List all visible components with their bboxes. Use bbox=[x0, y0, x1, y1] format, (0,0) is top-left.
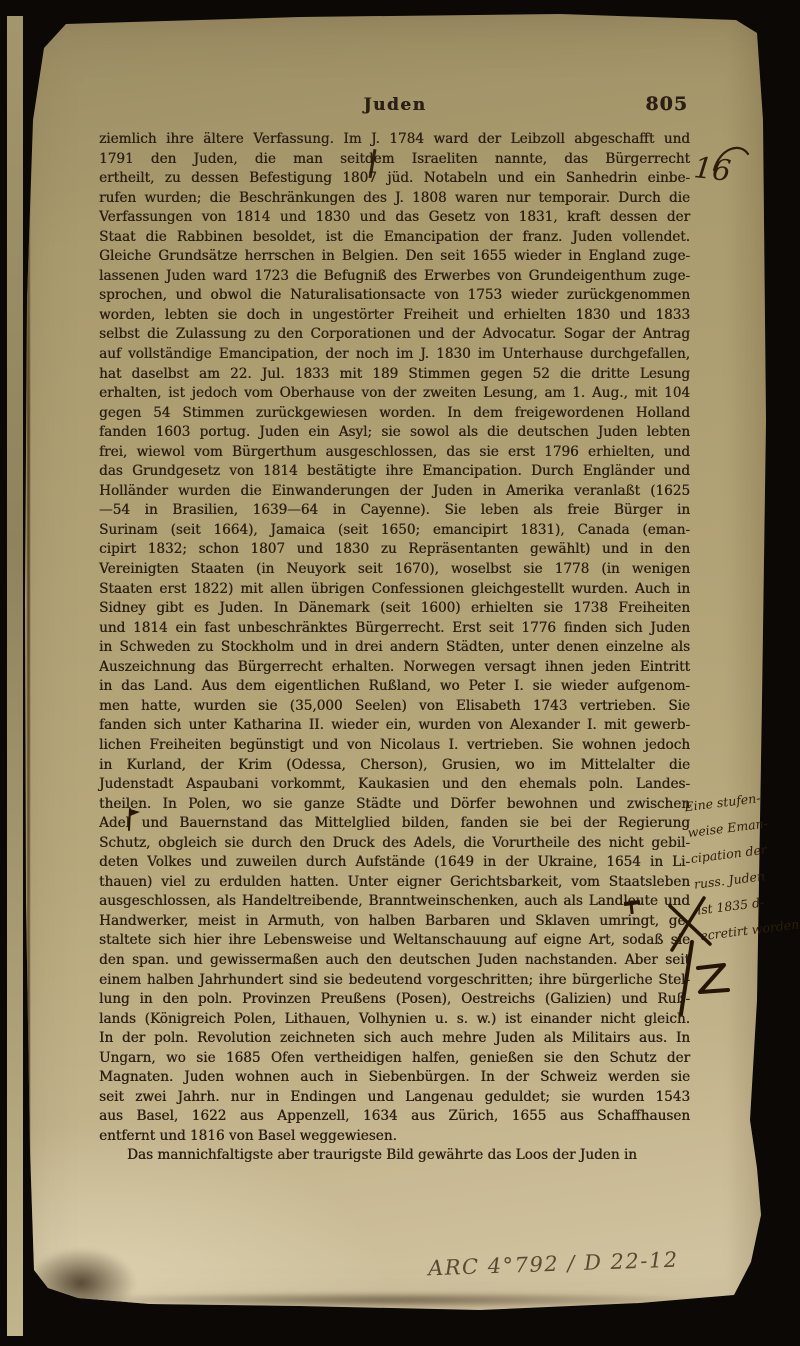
text-line: Sidney gibt es Juden. In Dänemark (seit … bbox=[99, 599, 690, 619]
text-line: Verfassungen von 1814 und 1830 und das G… bbox=[99, 208, 690, 228]
text-line: worden, lebten sie doch in ungestörter F… bbox=[99, 306, 690, 326]
text-line: und 1814 ein fast unbeschränktes Bürgerr… bbox=[99, 619, 690, 639]
text-line: In der poln. Revolution zeichneten sich … bbox=[99, 1029, 690, 1049]
handwritten-z-mark-icon bbox=[676, 938, 732, 1022]
text-line: Auszeichnung das Bürgerrecht erhalten. N… bbox=[99, 658, 690, 678]
scanned-book-photo: Juden 805 ziemlich ihre ältere Verfassun… bbox=[0, 0, 800, 1346]
text-line: Schutz, obgleich sie durch den Druck des… bbox=[99, 834, 690, 854]
text-line: —54 in Brasilien, 1639—64 in Cayenne). S… bbox=[99, 501, 690, 521]
underlying-page-edge bbox=[7, 16, 23, 1336]
text-line: sprochen, und obwol die Naturalisationsa… bbox=[99, 286, 690, 306]
text-line: in Kurland, der Krim (Odessa, Cherson), … bbox=[99, 756, 690, 776]
text-line: cipirt 1832; schon 1807 und 1830 zu Repr… bbox=[99, 540, 690, 560]
text-line: lung in den poln. Provinzen Preußens (Po… bbox=[99, 990, 690, 1010]
text-line: fanden 1603 portug. Juden ein Asyl; sie … bbox=[99, 423, 690, 443]
text-line: deten Volkes und zuweilen durch Aufständ… bbox=[99, 853, 690, 873]
text-line: lichen Freiheiten begünstigt und von Nic… bbox=[99, 736, 690, 756]
text-line: men hatte, wurden sie (35,000 Seelen) vo… bbox=[99, 697, 690, 717]
text-line: erhalten, ist jedoch vom Oberhause von d… bbox=[99, 384, 690, 404]
text-line: aus Basel, 1622 aus Appenzell, 1634 aus … bbox=[99, 1107, 690, 1127]
corner-smudge bbox=[26, 1248, 136, 1318]
text-line: in das Land. Aus dem eigentlichen Rußlan… bbox=[99, 677, 690, 697]
text-line: Surinam (seit 1664), Jamaica (seit 1650;… bbox=[99, 521, 690, 541]
body-text: ziemlich ihre ältere Verfassung. Im J. 1… bbox=[99, 130, 690, 1166]
text-line: lands (Königreich Polen, Lithauen, Volhy… bbox=[99, 1010, 690, 1030]
text-line: ausgeschlossen, als Handeltreibende, Bra… bbox=[99, 892, 690, 912]
text-line: das Grundgesetz von 1814 bestätigte ihre… bbox=[99, 462, 690, 482]
text-line: Adel und Bauernstand das Mittelglied bil… bbox=[99, 814, 690, 834]
text-line: den span. und gewissermaßen auch den deu… bbox=[99, 951, 690, 971]
text-line: theilen. In Polen, wo sie ganze Städte u… bbox=[99, 795, 690, 815]
text-line: Magnaten. Juden wohnen auch in Siebenbür… bbox=[99, 1068, 690, 1088]
text-line: staltete sich hier ihre Lebensweise und … bbox=[99, 931, 690, 951]
text-line: frei, wiewol vom Bürgerthum ausgeschloss… bbox=[99, 443, 690, 463]
text-line: Staaten erst 1822) mit allen übrigen Con… bbox=[99, 580, 690, 600]
text-line: ziemlich ihre ältere Verfassung. Im J. 1… bbox=[99, 130, 690, 150]
text-line: einem halben Jahrhundert sind sie bedeut… bbox=[99, 971, 690, 991]
handwritten-flourish-icon bbox=[712, 142, 752, 176]
text-line: Staat die Rabbinen besoldet, ist die Ema… bbox=[99, 228, 690, 248]
page-edge-shading bbox=[726, 0, 772, 1346]
text-line: Holländer wurden die Einwanderungen der … bbox=[99, 482, 690, 502]
gutter-fold-line bbox=[27, 58, 30, 1298]
text-line: thauen) viel zu erdulden hatten. Unter e… bbox=[99, 873, 690, 893]
text-line: fanden sich unter Katharina II. wieder e… bbox=[99, 716, 690, 736]
handwritten-flag-icon bbox=[123, 804, 141, 836]
text-line: selbst die Zulassung zu den Corporatione… bbox=[99, 325, 690, 345]
text-line: seit zwei Jahrh. nur in Endingen und Lan… bbox=[99, 1088, 690, 1108]
text-line: ertheilt, zu dessen Befestigung 1807 jüd… bbox=[99, 169, 690, 189]
text-line: Judenstadt Aspaubani vorkommt, Kaukasien… bbox=[99, 775, 690, 795]
text-line: Handwerker, meist in Armuth, von halben … bbox=[99, 912, 690, 932]
text-line: Gleiche Grundsätze herrschen in Belgien.… bbox=[99, 247, 690, 267]
text-line: Vereinigten Staaten (in Neuyork seit 167… bbox=[99, 560, 690, 580]
text-line: 1791 den Juden, die man seitdem Israelit… bbox=[99, 150, 690, 170]
book-page: Juden 805 ziemlich ihre ältere Verfassun… bbox=[0, 0, 800, 1346]
text-line: gegen 54 Stimmen zurückgewiesen worden. … bbox=[99, 404, 690, 424]
text-line: hat daselbst am 22. Jul. 1833 mit 189 St… bbox=[99, 365, 690, 385]
text-line: rufen wurden; die Beschränkungen des J. … bbox=[99, 189, 690, 209]
text-line: entfernt und 1816 von Basel weggewiesen. bbox=[99, 1127, 690, 1147]
text-line: lassenen Juden ward 1723 die Befugniß de… bbox=[99, 267, 690, 287]
bottom-edge-shadow bbox=[60, 1292, 720, 1308]
text-line: auf vollständige Emancipation, der noch … bbox=[99, 345, 690, 365]
text-line: in Schweden zu Stockholm und in drei and… bbox=[99, 638, 690, 658]
text-line: Ungarn, wo sie 1685 Ofen vertheidigen ha… bbox=[99, 1049, 690, 1069]
page-number: 805 bbox=[100, 93, 688, 115]
text-line: Das mannichfaltigste aber traurigste Bil… bbox=[99, 1146, 690, 1166]
